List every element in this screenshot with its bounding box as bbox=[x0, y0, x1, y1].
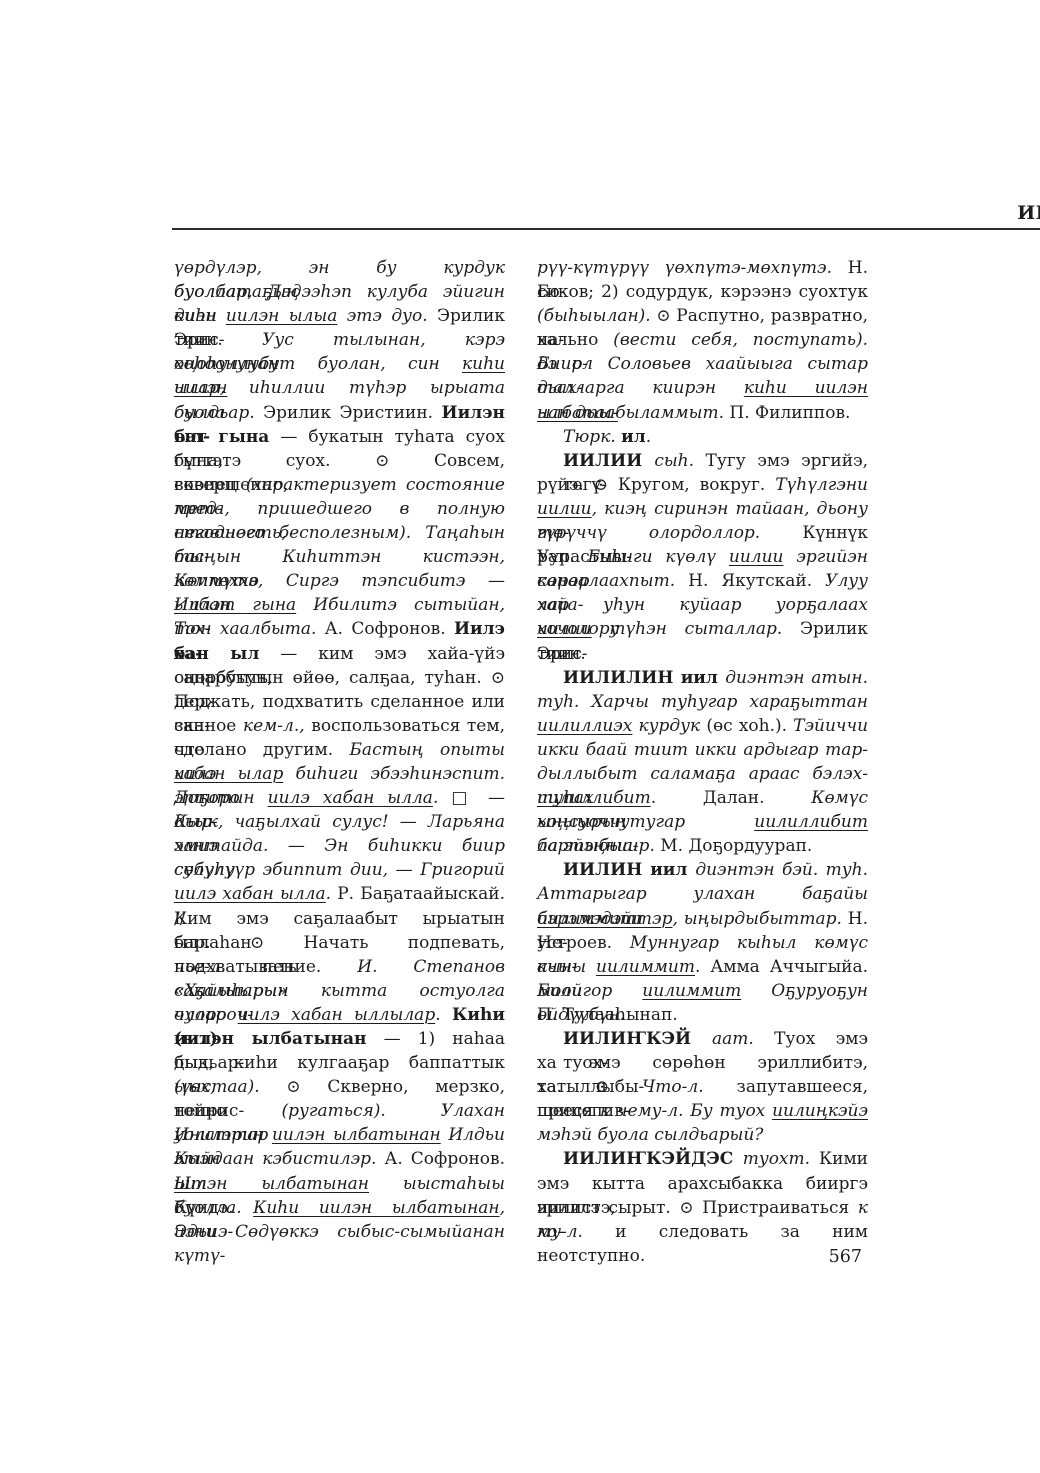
text-run: моойгор bbox=[537, 981, 642, 1001]
text-run: П. Тулааһынап. bbox=[537, 1005, 678, 1025]
text-line: дэ ол Соловьев хаайыыга сытар дьах- bbox=[537, 352, 868, 376]
text-run: чье-л. bbox=[174, 957, 226, 977]
text-run: икки баай тиит икки ардыгар тар- bbox=[537, 740, 868, 760]
text-run: бат гына bbox=[174, 427, 269, 447]
text-run: иилэ хабан ыллылар bbox=[238, 1005, 436, 1025]
text-run: этэ дуо. bbox=[337, 306, 427, 326]
text-run: иилэн ылыа bbox=[226, 306, 338, 326]
text-line: сделано другим. Бастың опыты иилэ bbox=[174, 738, 505, 762]
page-number: 567 bbox=[174, 1247, 862, 1267]
text-line: тойно (ругаться). Улахан уолаттар bbox=[174, 1099, 505, 1123]
text-line: ИИЛИН иил диэнтэн бэй. туһ. bbox=[537, 858, 868, 882]
text-line: ла эйэңниир. М. Доҕордуурап. bbox=[537, 834, 868, 858]
text-run: рүү-күтүрүү үөхпүтэ-мөхпүтэ. bbox=[537, 258, 832, 278]
text-run: кем-л., bbox=[243, 716, 305, 736]
text-run: хоңсуоччутугар bbox=[537, 812, 754, 832]
text-run: тиин. bbox=[537, 644, 586, 664]
text-run: хабан ылар bbox=[174, 764, 283, 784]
text-line: оңоһуллубут буолан, син киһи иилэн bbox=[174, 352, 505, 376]
text-run: , ыңырдыбыттар. bbox=[672, 909, 841, 929]
text-run: сиков; 2) содурдук, кэрээнэ суохтук bbox=[537, 282, 868, 302]
text-run: диэн bbox=[174, 306, 226, 326]
text-run: нан bbox=[537, 403, 570, 423]
text-line: лар уһун куйаар уорҕалаах хочолору bbox=[537, 593, 868, 617]
text-line: нан дьаабыламмыт. П. Филиппов. bbox=[537, 401, 868, 425]
text-line: моойгор иилиммит Оҕуруоҕун өйдүүбүн. bbox=[537, 979, 868, 1003]
text-run: ИИЛИИ bbox=[563, 451, 654, 471]
text-line: иилии түһэн сыталлар. Эрилик Эрис- bbox=[537, 617, 868, 641]
text-run: . bbox=[433, 788, 451, 808]
text-run: иилии bbox=[537, 499, 592, 519]
text-line: иилэн ылбатынан ыыстаһыы буолла. bbox=[174, 1172, 505, 1196]
text-run: занное bbox=[174, 716, 243, 736]
text-line: йэни Сөдүөккэ сыбыс-сымыйанан күтү- bbox=[174, 1220, 505, 1244]
text-columns: үөрдүлэр, эн бу курдук буолбатаҕыңбуолла… bbox=[174, 256, 868, 1244]
text-line: иилэн ылбатынан — 1) наһаа быдьар- bbox=[174, 1027, 505, 1051]
text-line: мета, пришедшего в полную негодность, bbox=[174, 497, 505, 521]
text-line: икки баай тиит икки ардыгар тар- bbox=[537, 738, 868, 762]
text-run: иилэ хабан ылла bbox=[174, 884, 326, 904]
text-line: саҕалыырын кытта остуолга олорооч- bbox=[174, 979, 505, 1003]
text-line: бат гына — букатын туһата суох гына, bbox=[174, 425, 505, 449]
text-line: хабан ылар биһиги эбээһинэспит. Доҕоро bbox=[174, 762, 505, 786]
text-run: рүйэ. ⊙ Кругом, вокруг. bbox=[537, 475, 775, 495]
text-run: ИИЛИҤКЭЙ bbox=[563, 1029, 712, 1049]
text-line: вконец (характеризует состояние пред- bbox=[174, 473, 505, 497]
text-line: Күндэ. Киһи иилэн ылбатынан, Эдьиэ- bbox=[174, 1196, 505, 1220]
text-run: эппитин bbox=[174, 788, 268, 808]
text-line: чулар иилэ хабан ыллылар. Киһи (ыт) bbox=[174, 1003, 505, 1027]
text-run: . Далан. bbox=[651, 788, 812, 808]
text-line: ИИЛИҤКЭЙДЭС туохт. Кими bbox=[537, 1147, 868, 1171]
text-run: иилии bbox=[537, 619, 592, 639]
text-line: буоллар, Дэдээһэп кулуба эйигин киһи bbox=[174, 280, 505, 304]
text-line: иилии, киэң сиринэн тайаан, дьону тө- bbox=[537, 497, 868, 521]
text-line: чье-л. пение. И. Степанов «Хайыһары» bbox=[174, 955, 505, 979]
text-line: ылбат гына Ибилитэ сытыйан, Тох- bbox=[174, 593, 505, 617]
text-run: эриллэ сырыт. ⊙ Пристраиваться bbox=[537, 1198, 858, 1218]
text-run: шееся bbox=[537, 1101, 600, 1121]
text-line: ИИЛИИ сыһ. Тугу эмэ эргийэ, төгү- bbox=[537, 449, 868, 473]
text-line: Кыйдаан кэбистилэр. А. Софронов. Ыт bbox=[174, 1147, 505, 1171]
text-line: эппитин иилэ хабан ылла. □ — Кыр- bbox=[174, 786, 505, 810]
text-run: вконец bbox=[174, 475, 246, 495]
text-run: сделано другим. bbox=[174, 740, 349, 760]
text-run: диэнтэн бэй. туһ. bbox=[695, 860, 868, 880]
text-run: рап. bbox=[537, 547, 588, 567]
text-line: та. ⊙ Что-л. запутавшееся, прицепив- bbox=[537, 1075, 868, 1099]
text-line: иилэ хабан ылла. Р. Баҕатаайыскай. // bbox=[174, 882, 505, 906]
text-run: иилиммиттэр bbox=[537, 909, 672, 929]
text-line: хально (вести себя, поступать). Биир- bbox=[537, 328, 868, 352]
text-run: . bbox=[326, 884, 338, 904]
text-run: ылар bbox=[174, 378, 220, 398]
text-run: Что-л. bbox=[642, 1077, 703, 1097]
text-line: санаалаахпыт. Н. Якутскай. Улуу хайа- bbox=[537, 569, 868, 593]
text-line: ИИЛИЛИН иил диэнтэн атын. bbox=[537, 666, 868, 690]
text-run: гүрүччү олордоллор. bbox=[537, 523, 760, 543]
text-line: ставшего бесполезным). Таңаһын бас- bbox=[174, 521, 505, 545]
dictionary-page: ИИЛИҤКЭЙДЭС үөрдүлэр, эн бу курдук буолб… bbox=[0, 0, 1040, 1473]
text-line: ИИЛИҤКЭЙ аат. Туох эмэ туох- bbox=[537, 1027, 868, 1051]
text-line: ылар, иһиллии түһэр ырыата буола bbox=[174, 376, 505, 400]
text-line: сылдьар. Эрилик Эристиин. Иилэн ыл- bbox=[174, 401, 505, 425]
text-line: үөрдүлэр, эн бу курдук буолбатаҕың bbox=[174, 256, 505, 280]
text-run: иилиңкэйэ bbox=[772, 1101, 868, 1121]
text-line: Аттарыгар улахан баҕайы бэрэмэдэйи bbox=[537, 882, 868, 906]
text-line: көммүтэ, Сиргэ тэпсибитэ — Иилэн bbox=[174, 569, 505, 593]
text-run: тиин. bbox=[174, 330, 262, 350]
text-run: ИИЛИН иил bbox=[563, 860, 695, 880]
text-line: тыңын Киһиттэн кистээн, Көппөххө bbox=[174, 545, 505, 569]
text-run: туохт. bbox=[743, 1149, 810, 1169]
text-run: көммүтэ, Сиргэ тэпсибитэ — bbox=[174, 571, 505, 591]
text-line: занное кем-л., воспользоваться тем, что bbox=[174, 714, 505, 738]
text-run: . bbox=[646, 427, 651, 447]
text-run: иилиллибит bbox=[754, 812, 868, 832]
text-line: Ким эмэ саҕалаабыт ырыатын ыллаһан bbox=[174, 907, 505, 931]
text-line: эриллэ сырыт. ⊙ Пристраиваться к ко- bbox=[537, 1196, 868, 1220]
text-line: талларга киирэн киһи иилэн ылбаты- bbox=[537, 376, 868, 400]
text-line: бан ыл — ким эмэ хайа-үйэ оңорбутун, bbox=[174, 642, 505, 666]
text-line: Инилэрин иилэн ылбатынан Илдьи этэн bbox=[174, 1123, 505, 1147]
text-line: кыны иилиммит. Амма Аччыгыйа. Били bbox=[537, 955, 868, 979]
text-run: Тюрк. bbox=[563, 427, 621, 447]
text-run: кыны bbox=[537, 957, 596, 977]
text-run: аат. bbox=[712, 1029, 754, 1049]
text-run: Киһи иилэн ылбатынан bbox=[253, 1198, 499, 1218]
text-run: ил bbox=[621, 427, 646, 447]
text-line: устроев. Муннугар кыһыл көмүс ачы- bbox=[537, 931, 868, 955]
text-run: . Амма Аччыгыйа. bbox=[695, 957, 868, 977]
text-run: иилэн ылбатынан bbox=[272, 1125, 441, 1145]
text-run: чулар bbox=[174, 1005, 238, 1025]
text-run: иилиллибит bbox=[537, 788, 651, 808]
text-line: рүү-күтүрүү үөхпүтэ-мөхпүтэ. Н. Бо- bbox=[537, 256, 868, 280]
text-line: иилиллибит. Далан. Көмүс ыңыырын bbox=[537, 786, 868, 810]
text-line: му-л. и следовать за ним неотступно. bbox=[537, 1220, 868, 1244]
text-run: иилэн ылбатынан bbox=[174, 1029, 367, 1049]
text-line: ыыстаа). ⊙ Скверно, мерзко, неприс- bbox=[174, 1075, 505, 1099]
text-line: иилиллиэх курдук (өс хоһ.). Тэйиччи bbox=[537, 714, 868, 738]
text-run: П. Филиппов. bbox=[724, 403, 850, 423]
text-line: хоңсуоччутугар иилиллибит бартыбыа- bbox=[537, 810, 868, 834]
text-line: иилиммиттэр, ыңырдыбыттар. Н. Не- bbox=[537, 907, 868, 931]
text-run: курдук bbox=[632, 716, 700, 736]
text-line: рүйэ. ⊙ Кругом, вокруг. Түһүлгэни bbox=[537, 473, 868, 497]
text-line: шееся к чему-л. Бу туох иилиңкэйэ bbox=[537, 1099, 868, 1123]
text-run: Бастың опыты bbox=[349, 740, 505, 760]
text-run: та. ⊙ bbox=[537, 1077, 642, 1097]
text-run: иилэ хабан ылла bbox=[268, 788, 433, 808]
text-line: мэһэй буола сылдьарый? bbox=[537, 1123, 868, 1147]
text-run: (быһыылан). bbox=[537, 306, 651, 326]
text-run: оңоһуллубут буолан, син bbox=[174, 354, 462, 374]
page-header: ИИЛИҤКЭЙДЭС bbox=[172, 202, 1040, 230]
text-run: санаалаахпыт. bbox=[537, 571, 675, 591]
text-line: сөбүлүүр эбиппит дии, — Григорий bbox=[174, 858, 505, 882]
text-run: Түһүлгэни bbox=[775, 475, 868, 495]
text-line: рап. Биһиги күөлү иилии эргийэн көрөр bbox=[537, 545, 868, 569]
text-run: сылдьар. bbox=[174, 403, 255, 423]
text-run: устроев. bbox=[537, 933, 630, 953]
text-run: түһэн сыталлар. bbox=[592, 619, 783, 639]
text-run: хально bbox=[537, 330, 613, 350]
text-run: иилиммит bbox=[596, 957, 695, 977]
text-run: А. Софронов. bbox=[316, 619, 454, 639]
text-line: дыллыбыт саламаҕа араас бэлэх-туһах bbox=[537, 762, 868, 786]
text-run: Н. Якутскай. bbox=[675, 571, 825, 591]
text-line: бар. ⊙ Начать подпевать, подхватывать bbox=[174, 931, 505, 955]
text-run: диэнтэн атын. bbox=[725, 668, 868, 688]
text-run: сыһ. bbox=[654, 451, 694, 471]
text-run: туһ. Харчы туһугар хараҕыттан bbox=[537, 692, 868, 712]
text-line: хантайда. — Эн биһикки биир сулуһу bbox=[174, 834, 505, 858]
right-column: рүү-күтүрүү үөхпүтэ-мөхпүтэ. Н. Бо-сиков… bbox=[537, 256, 868, 1244]
text-run: Эрилик Эристиин. bbox=[255, 403, 442, 423]
text-run: дык, киһи кулгааҕар баппаттык bbox=[174, 1053, 505, 1073]
text-line: тон хаалбыта. А. Софронов. Иилэ ха- bbox=[174, 617, 505, 641]
text-line: тиин. Уус тылынан, кэрэ хоһоонунан bbox=[174, 328, 505, 352]
text-line: бүттэтэ суох. ⊙ Совсем, совершенно, bbox=[174, 449, 505, 473]
text-run: дьаабыламмыт. bbox=[570, 403, 724, 423]
text-line: гүрүччү олордоллор. Күннүк Уурастыы- bbox=[537, 521, 868, 545]
text-run: иилэн ылбатынан bbox=[174, 1174, 369, 1194]
text-run: М. Доҕордуурап. bbox=[655, 836, 812, 856]
text-line: диэн иилэн ылыа этэ дуо. Эрилик Эрис- bbox=[174, 304, 505, 328]
text-line: (быһыылан). ⊙ Распутно, развратно, на- bbox=[537, 304, 868, 328]
text-line: держать, подхватить сделанное или ска- bbox=[174, 690, 505, 714]
text-run: му-л. bbox=[537, 1222, 583, 1242]
text-line: сиков; 2) содурдук, кэрээнэ суохтук bbox=[537, 280, 868, 304]
text-run: Кими bbox=[810, 1149, 868, 1169]
text-line: эмэ кытта арахсыбакка бииргэ иилистэ, bbox=[537, 1172, 868, 1196]
text-run: мэһэй буола сылдьарый? bbox=[537, 1125, 763, 1145]
text-run: тон хаалбыта. bbox=[174, 619, 316, 639]
text-line: дык, киһи кулгааҕар баппаттык (үөх, bbox=[174, 1051, 505, 1075]
text-run: ыыстаа). bbox=[174, 1077, 260, 1097]
text-run: □ bbox=[451, 788, 475, 808]
text-run: бан ыл bbox=[174, 644, 259, 664]
text-run: ИИЛИҤКЭЙДЭС bbox=[563, 1149, 743, 1169]
text-run: Инилэрин bbox=[174, 1125, 272, 1145]
text-run: к чему-л. Бу туох bbox=[600, 1101, 772, 1121]
text-line: туһ. Харчы туһугар хараҕыттан bbox=[537, 690, 868, 714]
left-column: үөрдүлэр, эн бу курдук буолбатаҕыңбуолла… bbox=[174, 256, 505, 1244]
text-run: Күндэ. bbox=[174, 1198, 253, 1218]
text-line: дьык, чаҕылхай сулус! — Ларьяна эмиэ bbox=[174, 810, 505, 834]
text-run: ылбат гына bbox=[174, 595, 296, 615]
text-run: Кыйдаан кэбистилэр. bbox=[174, 1149, 376, 1169]
text-run: . bbox=[435, 1005, 452, 1025]
text-run: ла эйэңниир. bbox=[537, 836, 655, 856]
text-run: (өс хоһ.). bbox=[700, 716, 793, 736]
text-run: ИИЛИЛИН иил bbox=[563, 668, 725, 688]
text-line: П. Тулааһынап. bbox=[537, 1003, 868, 1027]
text-run: Тэйиччи bbox=[793, 716, 868, 736]
text-line: саңарбытын өйөө, салҕаа, туһан. ⊙ Под- bbox=[174, 666, 505, 690]
text-run: А. Софронов. bbox=[376, 1149, 505, 1169]
text-run: иилиммит bbox=[642, 981, 741, 1001]
text-run: тойно bbox=[174, 1101, 282, 1121]
text-run: пение. bbox=[226, 957, 357, 977]
text-run: сөбүлүүр эбиппит дии, — Григорий bbox=[174, 860, 505, 880]
text-run: иилиллиэх bbox=[537, 716, 632, 736]
running-head-title: ИИЛИҤКЭЙДЭС bbox=[172, 202, 1040, 228]
text-run: Биһиги күөлү bbox=[588, 547, 729, 567]
text-run: талларга киирэн bbox=[537, 378, 744, 398]
text-run: иилии bbox=[729, 547, 784, 567]
text-line: ха эмэ сөрөһөн эриллибитэ, хатыллыбы- bbox=[537, 1051, 868, 1075]
text-line: Тюрк. ил. bbox=[537, 425, 868, 449]
